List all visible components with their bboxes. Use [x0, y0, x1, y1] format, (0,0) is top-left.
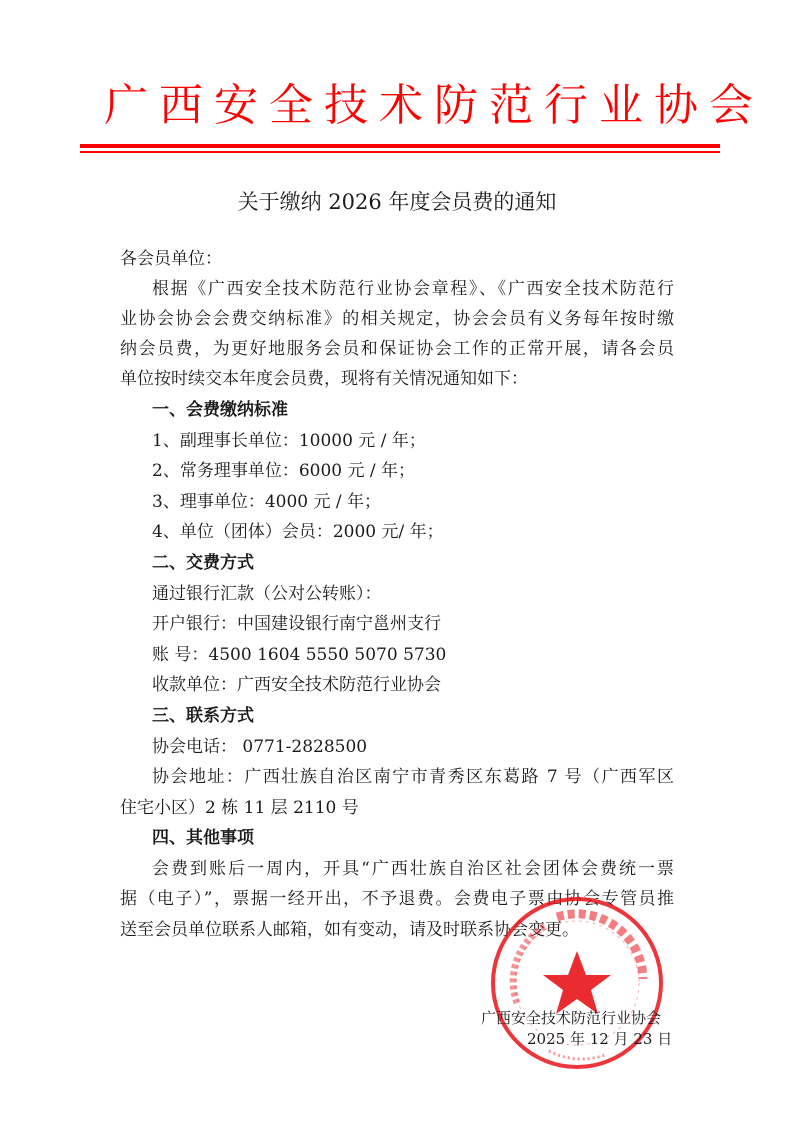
- letterhead-title: 广西安全技术防范行业协会: [104, 76, 714, 136]
- section-heading: 三、联系方式: [152, 704, 254, 728]
- contact-address: 协会地址：广西壮族自治区南宁市青秀区东葛路 7 号（广西军区: [152, 765, 674, 789]
- intro-line: 单位按时续交本年度会员费，现将有关情况通知如下：: [120, 367, 528, 391]
- bank-name: 开户银行：中国建设银行南宁邕州支行: [152, 612, 441, 636]
- section-heading: 四、其他事项: [152, 826, 254, 850]
- salutation: 各会员单位：: [120, 247, 222, 271]
- signature-org: 广西安全技术防范行业协会: [481, 1008, 661, 1028]
- intro-line: 根据《广西安全技术防范行业协会章程》、《广西安全技术防范行: [152, 277, 674, 301]
- account-number: 账 号：4500 1604 5550 5070 5730: [152, 643, 446, 667]
- payment-line: 通过银行汇款（公对公转账）：: [152, 582, 382, 606]
- other-line: 会费到账后一周内，开具“广西壮族自治区社会团体会费统一票: [152, 857, 674, 881]
- payee: 收款单位：广西安全技术防范行业协会: [152, 673, 441, 697]
- intro-line: 纳会员费，为更好地服务会员和保证协会工作的正常开展，请各会员: [120, 337, 674, 361]
- signature-date: 2025 年 12 月 23 日: [527, 1029, 672, 1049]
- fee-item: 3、理事单位：4000 元 / 年；: [152, 490, 381, 514]
- fee-item: 2、常务理事单位：6000 元 / 年；: [152, 459, 415, 483]
- contact-address-cont: 住宅小区）2 栋 11 层 2110 号: [120, 796, 359, 820]
- document-title: 关于缴纳 2026 年度会员费的通知: [0, 187, 794, 217]
- intro-line: 业协会协会会费交纳标准》的相关规定，协会会员有义务每年按时缴: [120, 307, 674, 331]
- section-heading: 二、交费方式: [152, 551, 254, 575]
- fee-item: 4、单位（团体）会员：2000 元/ 年；: [152, 520, 444, 544]
- section-heading: 一、会费缴纳标准: [152, 398, 288, 422]
- fee-item: 1、副理事长单位：10000 元 / 年；: [152, 429, 426, 453]
- letterhead-rule-thick: [80, 144, 720, 148]
- letterhead-rule-thin: [80, 151, 720, 153]
- contact-phone: 协会电话： 0771-2828500: [152, 735, 367, 759]
